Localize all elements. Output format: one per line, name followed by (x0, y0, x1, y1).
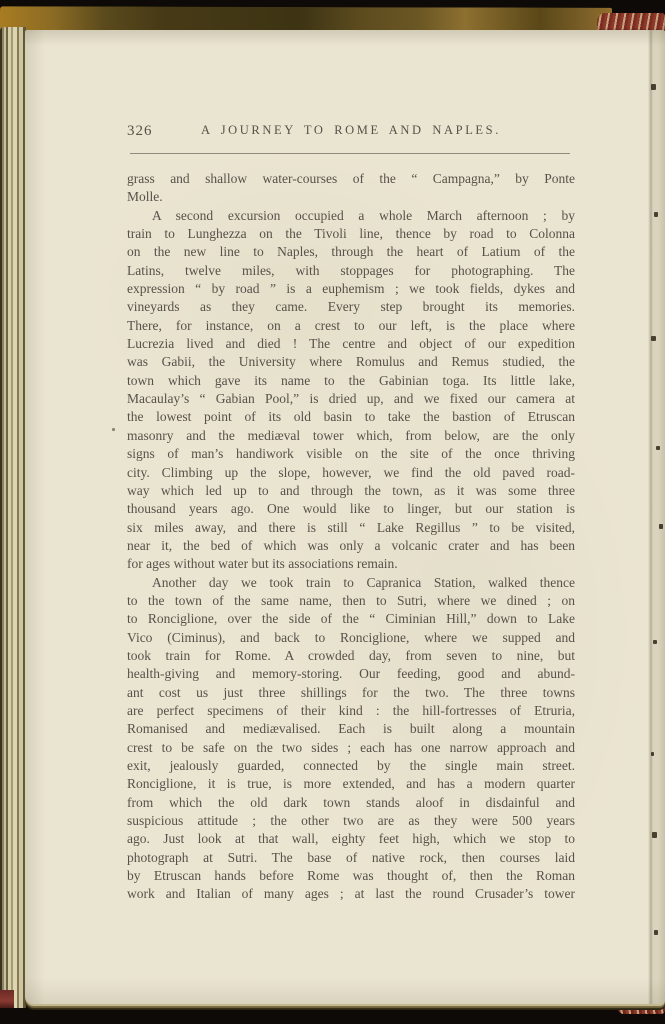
text-line: vineyards as they came. Every step broug… (127, 298, 575, 316)
text-line: way which led up to and through the town… (127, 482, 575, 500)
text-line: Another day we took train to Capranica S… (127, 574, 575, 592)
wormhole-speck (651, 752, 654, 756)
text-line: Macaulay’s “ Gabian Pool,” is dried up, … (127, 390, 575, 408)
text-line: work and Italian of many ages ; at last … (127, 885, 575, 903)
text-line: on the new line to Naples, through the h… (127, 243, 575, 261)
text-line: to the town of the same name, then to Su… (127, 592, 575, 610)
text-line: near it, the bed of which was only a vol… (127, 537, 575, 555)
text-line: photograph at Sutri. The base of native … (127, 849, 575, 867)
text-paragraph: A second excursion occupied a whole Marc… (127, 207, 575, 574)
text-line: by Etruscan hands before Rome was though… (127, 867, 575, 885)
wormhole-speck (653, 640, 657, 644)
wormhole-speck (652, 832, 657, 838)
wormhole-speck (651, 336, 656, 341)
text-block: grass and shallow water-courses of the “… (127, 170, 575, 904)
text-line: thousand years ago. One would like to li… (127, 500, 575, 518)
text-line: Molle. (127, 188, 575, 206)
text-line: city. Climbing up the slope, however, we… (127, 464, 575, 482)
text-line: for ages without water but its associati… (127, 555, 575, 573)
wormhole-speck (651, 84, 656, 90)
text-line: Romanised and mediævalised. Each is buil… (127, 720, 575, 738)
text-line: signs of man’s handiwork visible on the … (127, 445, 575, 463)
text-line: crest to be safe on the two sides ; each… (127, 739, 575, 757)
text-paragraph: Another day we took train to Capranica S… (127, 574, 575, 904)
text-line: There, for instance, on a crest to our l… (127, 317, 575, 335)
text-line: town which gave its name to the Gabinian… (127, 372, 575, 390)
text-line: grass and shallow water-courses of the “… (127, 170, 575, 188)
book-page: 326 A JOURNEY TO ROME AND NAPLES. grass … (25, 30, 665, 1004)
page-title: A JOURNEY TO ROME AND NAPLES. (127, 123, 575, 138)
text-line: from which the old dark town stands aloo… (127, 794, 575, 812)
text-line: ant cost us just three shillings for the… (127, 684, 575, 702)
text-line: exit, jealously guarded, connected by th… (127, 757, 575, 775)
text-line: A second excursion occupied a whole Marc… (127, 207, 575, 225)
text-paragraph: grass and shallow water-courses of the “… (127, 170, 575, 207)
text-line: masonry and the mediæval tower which, fr… (127, 427, 575, 445)
text-line: was Gabii, the University where Romulus … (127, 353, 575, 371)
text-line: Vico (Ciminus), and back to Ronciglione,… (127, 629, 575, 647)
text-line: train to Lunghezza on the Tivoli line, t… (127, 225, 575, 243)
running-header: 326 A JOURNEY TO ROME AND NAPLES. (127, 123, 575, 138)
gutter-crease (648, 30, 665, 1004)
page-number: 326 (127, 123, 153, 140)
text-line: took train for Rome. A crowded day, from… (127, 647, 575, 665)
text-line: to Ronciglione, over the side of the “ C… (127, 610, 575, 628)
ink-dot (112, 428, 115, 431)
wormhole-speck (654, 212, 658, 217)
text-line: Latins, twelve miles, with stoppages for… (127, 262, 575, 280)
wormhole-speck (659, 524, 663, 529)
photo-backdrop: 326 A JOURNEY TO ROME AND NAPLES. grass … (0, 0, 665, 1024)
text-line: Ronciglione, it is true, is more extende… (127, 775, 575, 793)
wormhole-speck (654, 930, 658, 935)
text-line: Lucrezia lived and died ! The centre and… (127, 335, 575, 353)
text-line: are perfect specimens of their kind : th… (127, 702, 575, 720)
text-line: suspicious attitude ; the other two are … (127, 812, 575, 830)
wormhole-speck (656, 446, 660, 450)
stacked-page-edges (0, 27, 26, 1008)
text-line: health-giving and memory-storing. Our fe… (127, 665, 575, 683)
header-rule (130, 153, 570, 154)
text-line: ago. Just look at that wall, eighty feet… (127, 830, 575, 848)
book-cover-corner (0, 990, 14, 1008)
text-line: expression “ by road ” is a euphemism ; … (127, 280, 575, 298)
text-line: six miles away, and there is still “ Lak… (127, 519, 575, 537)
text-line: the lowest point of its old basin to tak… (127, 408, 575, 426)
